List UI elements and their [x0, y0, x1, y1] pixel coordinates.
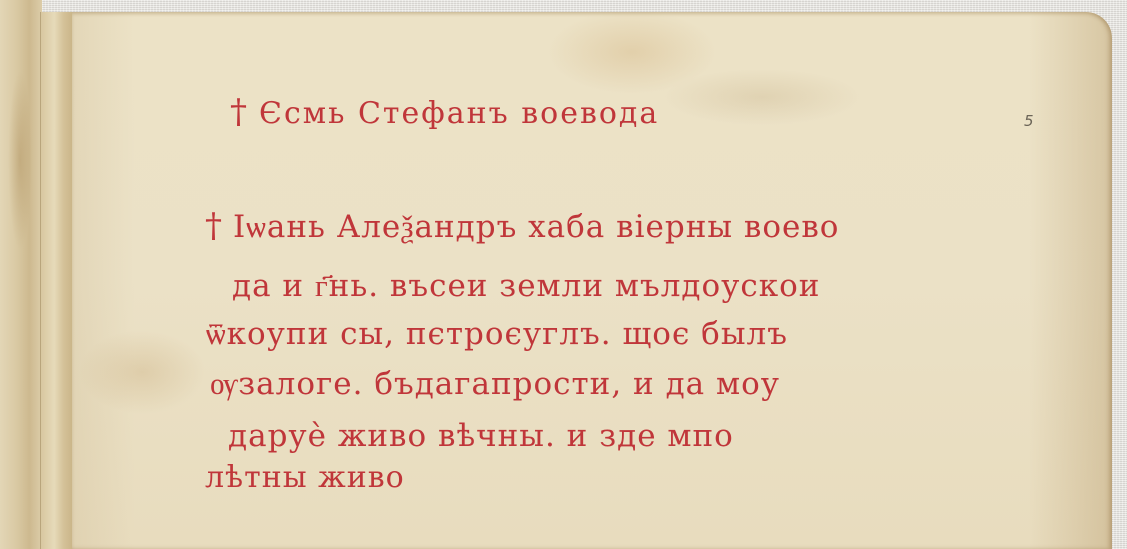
- text-line-1: †Іѡань Алеѯандръ хаба віерны воево: [205, 206, 839, 246]
- manuscript-heading: †Єсмь Стефанъ воевода: [230, 92, 659, 132]
- cross-icon: †: [230, 92, 249, 132]
- text-line-4: ѹзалоге. бъдагапрости, и да моу: [210, 366, 780, 402]
- previous-leaf-edge: [0, 0, 42, 549]
- text-line-3: ѿкоупи сы, пєтроєуглъ. щоє былъ: [206, 316, 788, 352]
- text-line-5: даруѐ живо вѣчны. и зде мпо: [228, 418, 734, 454]
- line-text: Іѡань Алеѯандръ хаба віерны воево: [233, 209, 839, 245]
- cross-icon: †: [205, 206, 223, 246]
- text-line-2: да и г҃нь. въсеи земли мълдоускои: [232, 268, 820, 304]
- heading-text: Єсмь Стефанъ воевода: [259, 96, 659, 131]
- text-line-6: лѣтны живо: [205, 460, 405, 495]
- folio-number: 5: [1024, 112, 1034, 130]
